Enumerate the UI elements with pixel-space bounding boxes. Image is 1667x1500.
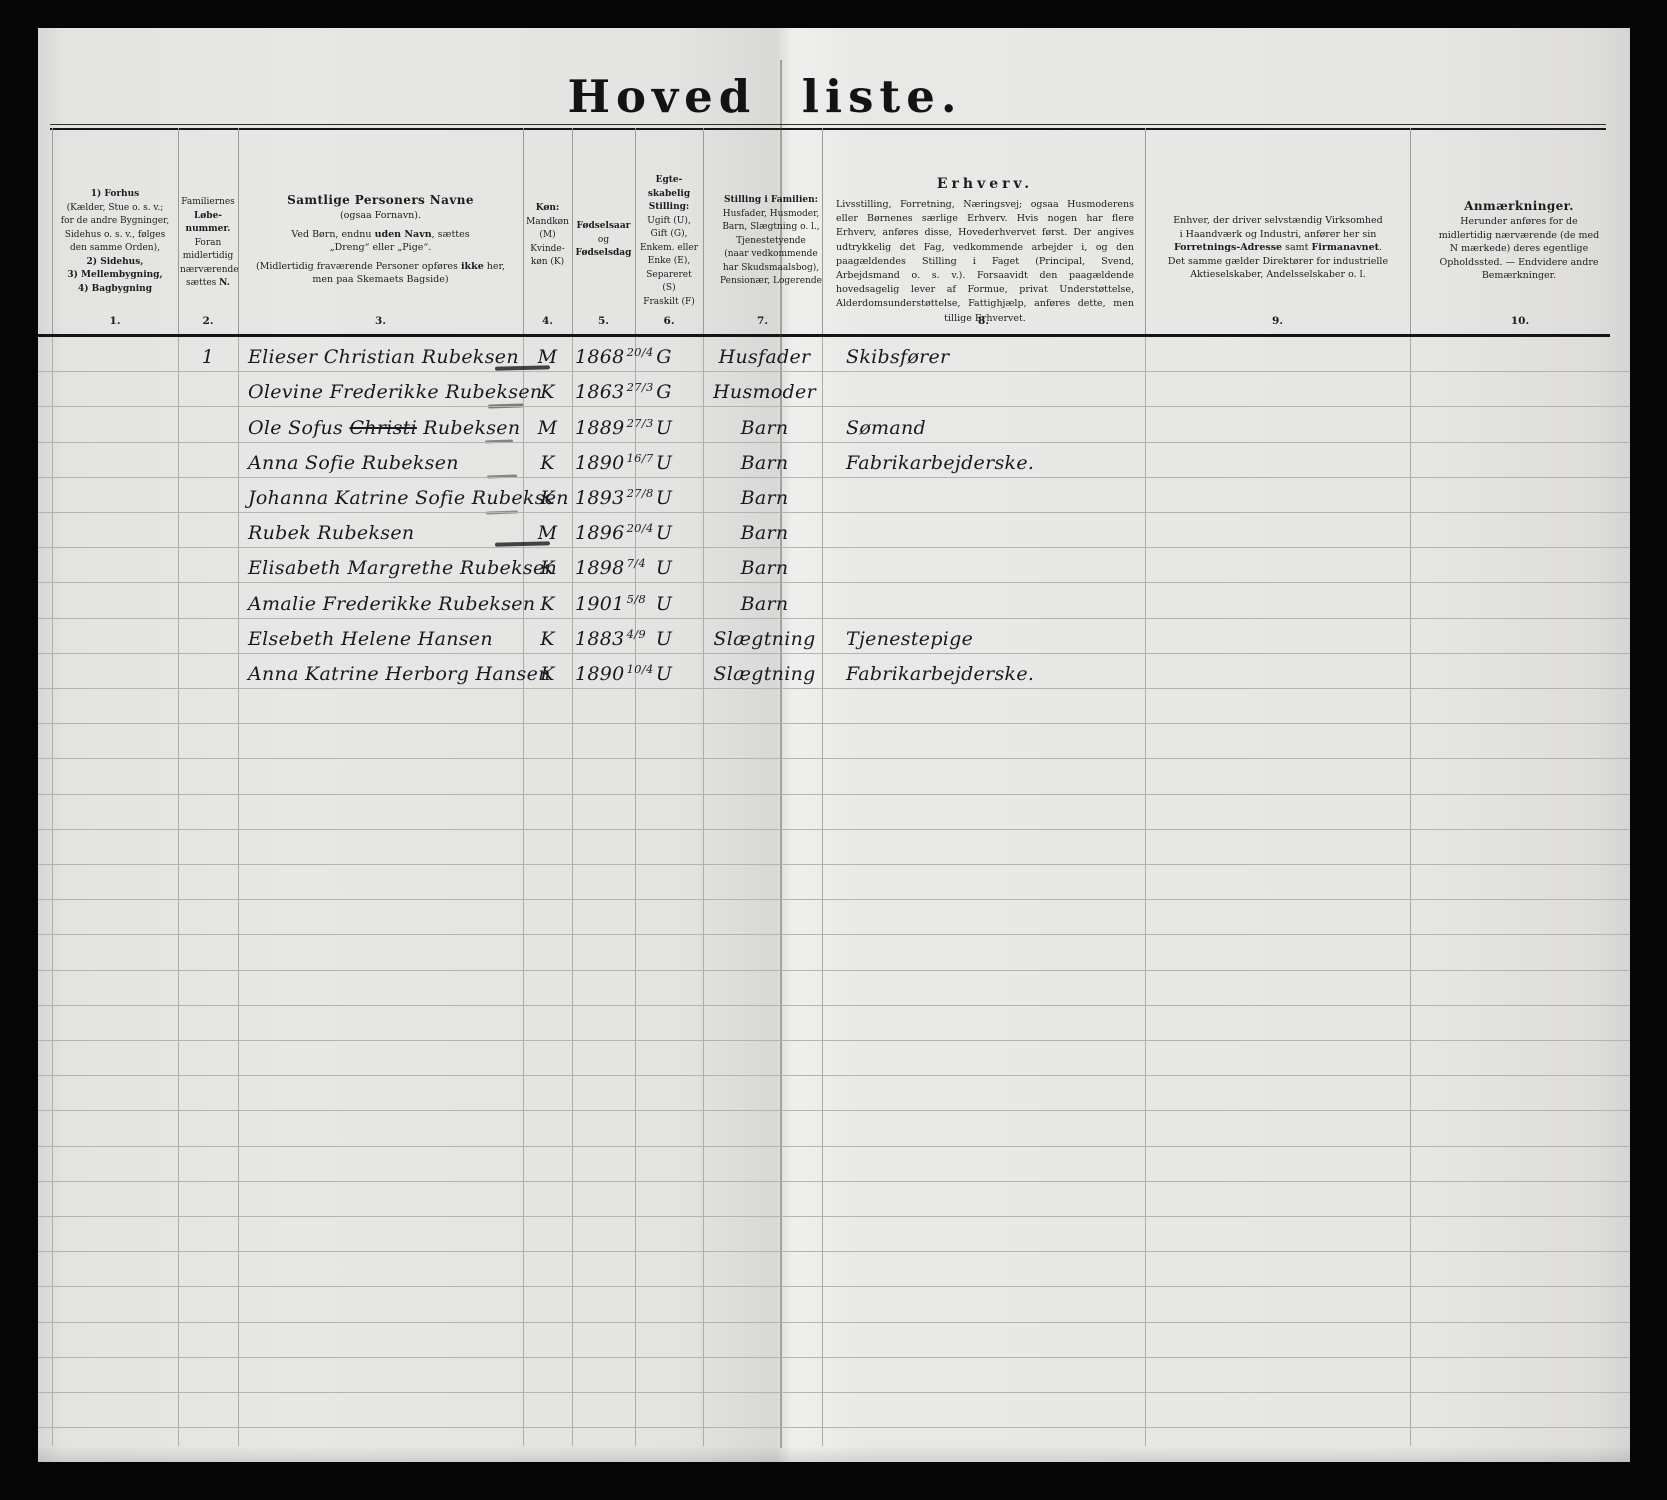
table-row: Olevine Frederikke RubeksenK186327/3GHus… — [38, 372, 1630, 407]
column-header-1: 1) Forhus(Kælder, Stue o. s. v.;for de a… — [54, 188, 176, 296]
cell-sex: K — [523, 557, 572, 579]
header-line: Forretnings-Adresse samt Firmanavnet. — [1151, 241, 1405, 255]
title-rule — [50, 124, 1606, 130]
column-header-6: Egte-skabeligStilling:Ugift (U),Gift (G)… — [637, 174, 701, 309]
cell-occupation: Fabrikarbejderske. — [846, 663, 1034, 685]
column-header-text: Livsstilling, Forretning, Næringsvej; og… — [836, 198, 1134, 326]
header-line: (Midlertidig fraværende Personer opføres… — [242, 260, 519, 274]
table-row — [38, 1323, 1630, 1358]
cell-family-position: Barn — [692, 593, 837, 615]
table-row: 1Elieser Christian RubeksenM186820/4GHus… — [38, 337, 1630, 372]
column-header-7: Stilling i Familien:Husfader, Husmoder,B… — [696, 194, 846, 289]
column-number: 7. — [757, 315, 768, 327]
cell-name: Anna Sofie Rubeksen — [248, 452, 459, 474]
cell-name: Olevine Frederikke Rubeksen — [248, 381, 542, 403]
header-line: Foran — [180, 237, 236, 251]
cell-name: Rubek Rubeksen — [248, 522, 414, 544]
header-line: Ved Børn, endnu uden Navn, sættes — [242, 228, 519, 242]
header-line: Fødselsaar — [574, 220, 633, 234]
cell-occupation: Fabrikarbejderske. — [846, 452, 1034, 474]
header-line: Køn: — [525, 202, 570, 216]
header-line: Enhver, der driver selvstændig Virksomhe… — [1151, 214, 1405, 228]
header-line: Aktieselskaber, Andelsselskaber o. l. — [1151, 268, 1405, 282]
table-row — [38, 1111, 1630, 1146]
cell-name: Anna Katrine Herborg Hansen — [248, 663, 551, 685]
column-header-2: FamiliernesLøbe-nummer.Foranmidlertidign… — [180, 196, 236, 291]
cell-civil-status: U — [638, 628, 690, 650]
header-line: (M) — [525, 229, 570, 243]
table-row — [38, 1217, 1630, 1252]
column-number: 3. — [375, 315, 386, 327]
table-row — [38, 795, 1630, 830]
cell-civil-status: U — [638, 663, 690, 685]
table-row — [38, 1076, 1630, 1111]
column-header-5: FødselsaarogFødselsdag — [574, 220, 633, 261]
cell-civil-status: U — [638, 417, 690, 439]
header-line: Tjenestetyende — [696, 235, 846, 249]
column-header-3: Samtlige Personers Navne(ogsaa Fornavn).… — [242, 192, 519, 287]
table-row — [38, 1147, 1630, 1182]
header-line: Herunder anføres for de — [1416, 215, 1622, 229]
header-line: Samtlige Personers Navne — [242, 192, 519, 209]
table-column-line — [178, 128, 179, 334]
cell-birthdate: 18987/4 — [575, 557, 646, 579]
header-line: (naar vedkommende — [696, 248, 846, 262]
table-row — [38, 689, 1630, 724]
header-line: sættes N. — [180, 277, 236, 291]
header-line: N mærkede) deres egentlige — [1416, 242, 1622, 256]
header-line: nummer. — [180, 223, 236, 237]
table-column-line — [572, 128, 573, 334]
page-title: Hoved liste. — [567, 70, 962, 123]
header-line: Familiernes — [180, 196, 236, 210]
header-line: Bemærkninger. — [1416, 269, 1622, 283]
cell-name: Amalie Frederikke Rubeksen — [248, 593, 535, 615]
table-row: Ole Sofus Christi RubeksenM188927/3UBarn… — [38, 407, 1630, 442]
header-line: har Skudsmaalsbog), — [696, 262, 846, 276]
cell-civil-status: G — [638, 346, 690, 368]
cell-name: Elisabeth Margrethe Rubeksen — [248, 557, 557, 579]
header-line: midlertidig nærværende (de med — [1416, 229, 1622, 243]
cell-name: Elsebeth Helene Hansen — [248, 628, 493, 650]
cell-name: Johanna Katrine Sofie Rubeksen — [248, 487, 569, 509]
header-line: køn (K) — [525, 256, 570, 270]
header-line: Opholdssted. — Endvidere andre — [1416, 256, 1622, 270]
header-line: Fraskilt (F) — [637, 296, 701, 310]
cell-civil-status: G — [638, 381, 690, 403]
table-column-line — [1410, 128, 1411, 334]
cell-birthdate: 18834/9 — [575, 628, 646, 650]
table-column-line — [523, 128, 524, 334]
header-line: skabelig — [637, 188, 701, 202]
table-row: Elisabeth Margrethe RubeksenK18987/4UBar… — [38, 548, 1630, 583]
header-line: midlertidig — [180, 250, 236, 264]
cell-family-position: Barn — [692, 452, 837, 474]
header-line: 4) Bagbygning — [54, 283, 176, 297]
header-line: og — [574, 234, 633, 248]
header-line: 2) Sidehus, — [54, 256, 176, 270]
table-row: Elsebeth Helene HansenK18834/9USlægtning… — [38, 619, 1630, 654]
cell-sex: K — [523, 593, 572, 615]
cell-civil-status: U — [638, 452, 690, 474]
header-line: (Kælder, Stue o. s. v.; — [54, 202, 176, 216]
header-line: „Dreng“ eller „Pige“. — [242, 241, 519, 255]
cell-occupation: Tjenestepige — [846, 628, 973, 650]
header-line: Det samme gælder Direktører for industri… — [1151, 255, 1405, 269]
cell-birthdate: 19015/8 — [575, 593, 646, 615]
cell-sex: M — [523, 417, 572, 439]
table-row — [38, 830, 1630, 865]
cell-sex: K — [523, 663, 572, 685]
header-line: i Haandværk og Industri, anfører her sin — [1151, 228, 1405, 242]
table-row — [38, 900, 1630, 935]
table-column-line — [52, 128, 53, 334]
cell-family-position: Barn — [692, 487, 837, 509]
column-number: 4. — [542, 315, 553, 327]
table-row — [38, 724, 1630, 759]
table-row — [38, 1006, 1630, 1041]
table-row — [38, 1358, 1630, 1393]
cell-occupation: Skibsfører — [846, 346, 949, 368]
cell-occupation: Sømand — [846, 417, 926, 439]
header-line: for de andre Bygninger, — [54, 215, 176, 229]
table-row — [38, 1041, 1630, 1076]
scan-background: Hoved liste. 1) Forhus(Kælder, Stue o. s… — [0, 0, 1667, 1500]
header-line: 3) Mellembygning, — [54, 269, 176, 283]
header-line: Sidehus o. s. v., følges — [54, 229, 176, 243]
table-row — [38, 865, 1630, 900]
table-row — [38, 759, 1630, 794]
table-row — [38, 1393, 1630, 1428]
column-number: 9. — [1272, 315, 1283, 327]
cell-family-position: Barn — [692, 522, 837, 544]
table-row — [38, 971, 1630, 1006]
header-line: Fødselsdag — [574, 247, 633, 261]
cell-family-position: Slægtning — [692, 628, 837, 650]
header-line: Pensionær, Logerende — [696, 275, 846, 289]
header-line: Husfader, Husmoder, — [696, 208, 846, 222]
header-line: Løbe- — [180, 210, 236, 224]
cell-name: Ole Sofus Christi Rubeksen — [248, 417, 520, 439]
cell-sex: K — [523, 487, 572, 509]
cell-civil-status: U — [638, 593, 690, 615]
cell-family-position: Husmoder — [692, 381, 837, 403]
column-number: 2. — [203, 315, 214, 327]
header-line: den samme Orden), — [54, 242, 176, 256]
header-line: (S) — [637, 282, 701, 296]
table-column-line — [238, 128, 239, 334]
table-row: Johanna Katrine Sofie RubeksenK189327/8U… — [38, 478, 1630, 513]
header-line: Separeret — [637, 269, 701, 283]
header-line: Barn, Slægtning o. l., — [696, 221, 846, 235]
cell-name: Elieser Christian Rubeksen — [248, 346, 519, 368]
column-number: 5. — [598, 315, 609, 327]
cell-sex: K — [523, 381, 572, 403]
table-row — [38, 1287, 1630, 1322]
header-line: Enkem. eller — [637, 242, 701, 256]
header-line: Gift (G), — [637, 228, 701, 242]
column-number: 6. — [664, 315, 675, 327]
sex-underline — [495, 365, 550, 370]
sex-underline — [495, 541, 550, 546]
cell-civil-status: U — [638, 522, 690, 544]
header-line: Egte- — [637, 174, 701, 188]
table-row: Anna Sofie RubeksenK189016/7UBarnFabrika… — [38, 443, 1630, 478]
cell-civil-status: U — [638, 487, 690, 509]
table-row: Amalie Frederikke RubeksenK19015/8UBarn — [38, 583, 1630, 618]
column-number: 1. — [110, 315, 121, 327]
table-row — [38, 1252, 1630, 1287]
column-header-9: Enhver, der driver selvstændig Virksomhe… — [1151, 214, 1405, 282]
header-line: Stilling i Familien: — [696, 194, 846, 208]
cell-sex: K — [523, 452, 572, 474]
table-column-line — [1145, 128, 1146, 334]
cell-family-position: Husfader — [692, 346, 837, 368]
table-column-line — [635, 128, 636, 334]
column-header-title: Erhverv. — [836, 176, 1134, 192]
column-header-4: Køn:Mandkøn(M)Kvinde-køn (K) — [525, 202, 570, 270]
header-line: Ugift (U), — [637, 215, 701, 229]
header-line: men paa Skemaets Bagside) — [242, 273, 519, 287]
header-line: 1) Forhus — [54, 188, 176, 202]
header-line: Kvinde- — [525, 243, 570, 257]
header-line: Enke (E), — [637, 255, 701, 269]
header-line: Mandkøn — [525, 216, 570, 230]
table-row — [38, 1182, 1630, 1217]
cell-family-position: Slægtning — [692, 663, 837, 685]
column-header-10: Anmærkninger.Herunder anføres for demidl… — [1416, 198, 1622, 283]
header-line: Anmærkninger. — [1416, 198, 1622, 215]
table-row — [38, 935, 1630, 970]
column-header-8: Erhverv.Livsstilling, Forretning, Næring… — [836, 176, 1134, 326]
column-number: 8. — [978, 315, 989, 327]
cell-lobenummer: 1 — [178, 346, 238, 368]
header-line: (ogsaa Fornavn). — [242, 209, 519, 223]
header-line: nærværende — [180, 264, 236, 278]
document-page: Hoved liste. 1) Forhus(Kælder, Stue o. s… — [38, 28, 1630, 1462]
table-row: Rubek RubeksenM189620/4UBarn — [38, 513, 1630, 548]
cell-family-position: Barn — [692, 417, 837, 439]
cell-civil-status: U — [638, 557, 690, 579]
table-row: Anna Katrine Herborg HansenK189010/4USlæ… — [38, 654, 1630, 689]
header-line: Stilling: — [637, 201, 701, 215]
cell-family-position: Barn — [692, 557, 837, 579]
cell-sex: K — [523, 628, 572, 650]
column-number: 10. — [1511, 315, 1529, 327]
